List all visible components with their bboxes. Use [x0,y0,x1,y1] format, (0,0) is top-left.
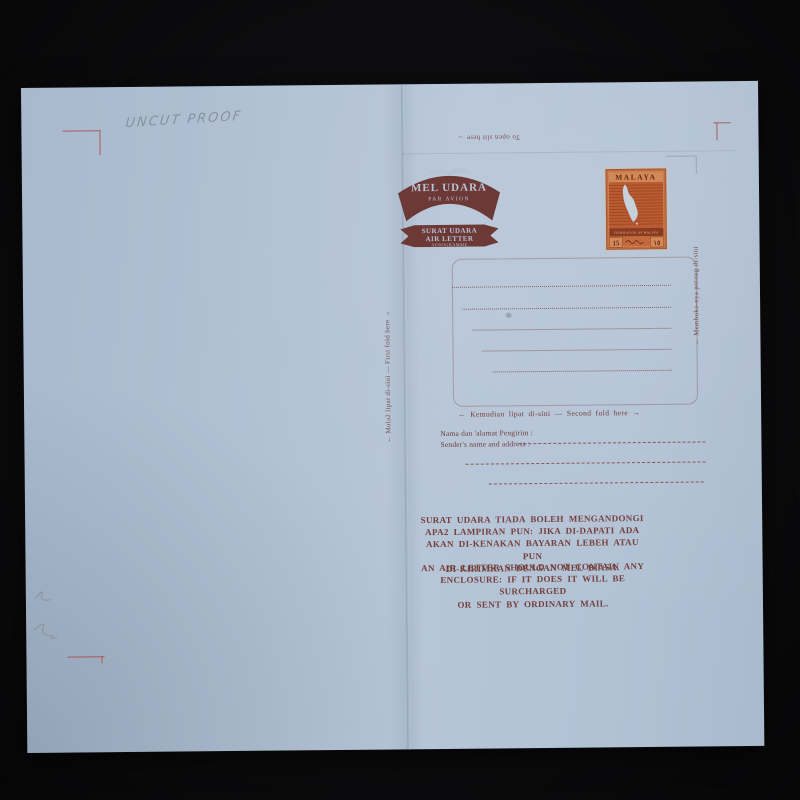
address-panel [452,257,698,407]
notice-english-line: OR SENT BY ORDINARY MAIL. [418,597,648,611]
aerogramme-sheet: UNCUT PROOF To open slit here → MEL UDAR… [21,81,764,753]
airmail-logo: MEL UDARA PAR AVION SURAT UDARA AIR LETT… [394,162,505,247]
photo-background: UNCUT PROOF To open slit here → MEL UDAR… [0,0,800,800]
pencil-squiggle-mark [34,624,56,638]
notice-malay-line: AKAN DI-KENAKAN BAYARAN LEBEH ATAU PUN [417,536,647,563]
second-fold-label: ← Kemudian lipat di-sini — Second fold h… [399,408,699,420]
sender-write-line [518,441,705,444]
sender-label-malay: Nama dan 'alamat Pengirim : [440,428,533,438]
stamp-federation-label: FEDERATION OF MALAYA [614,230,659,234]
singapore-island-dot [636,223,638,225]
sender-write-line [466,461,706,464]
bird-icon [424,168,474,176]
pencil-annotation: UNCUT PROOF [125,109,243,131]
logo-aerogramme: AEROGRAMME [431,242,467,247]
stamp-country-label: MALAYA [615,172,656,181]
notice-english: AN AIR LETTER SHOULD NOT CONTAIN ANY ENC… [418,560,648,611]
stamp-value-left: 15 [612,239,620,247]
sender-write-line [489,481,704,484]
paper-stain [505,312,512,318]
registration-mark-bottom-left-h [67,656,104,657]
impression-mark-h [666,156,696,157]
registration-mark-top-left-h [62,130,100,131]
registration-mark-top-right-v [716,122,717,140]
postage-stamp: MALAYA FEDERATION OF MALAYA 15 ١٥ [603,166,670,253]
first-fold-vertical-label: ← Mula2 lipat di-sini — First fold here … [384,296,398,456]
logo-par-avion: PAR AVION [428,196,470,202]
sender-label-english: Sender's name and address : [440,439,530,449]
stamp-value-jawi: ١٥ [653,240,661,247]
pencil-squiggles [30,585,81,655]
impression-mark-v [696,156,697,174]
registration-mark-bottom-left-v [101,656,102,663]
registration-mark-top-left-v [99,130,100,155]
slit-dotted-line [403,150,735,154]
notice-english-line: ENCLOSURE: IF IT DOES IT WILL BE SURCHAR… [418,572,648,599]
open-slit-label: To open slit here → [408,133,568,143]
pencil-squiggle-mark [36,592,50,600]
logo-mel-udara: MEL UDARA [411,182,487,195]
